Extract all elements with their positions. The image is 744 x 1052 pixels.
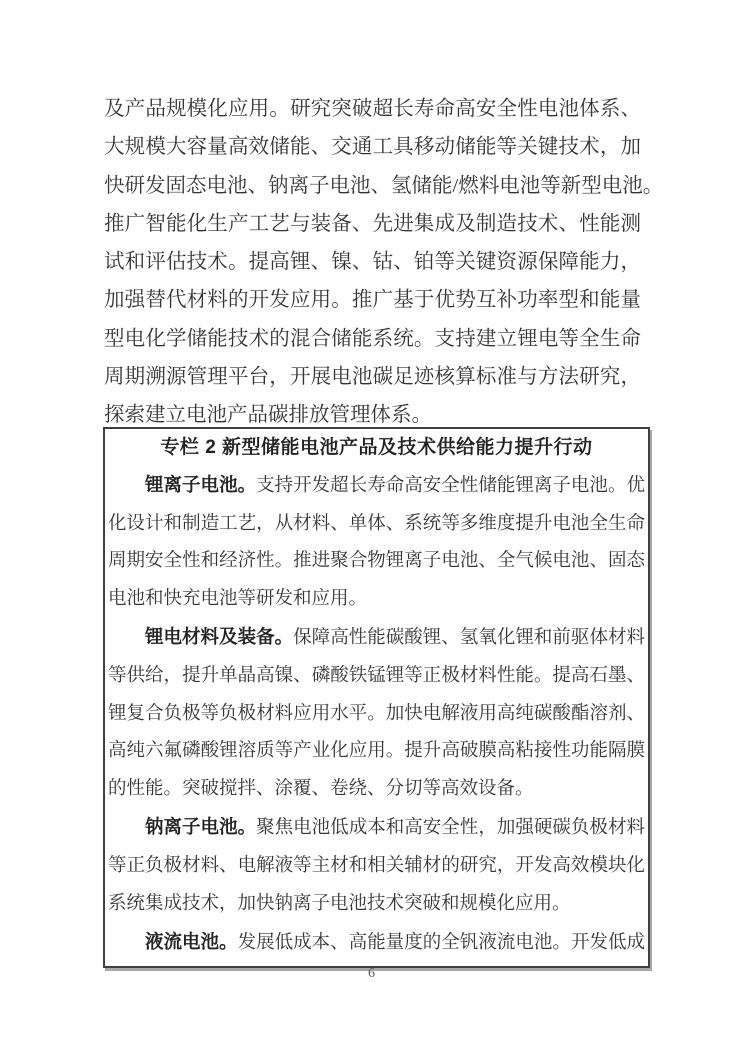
text-line: 锂复合负极等负极材料应用水平。加快电解液用高纯碳酸酯溶剂、 (108, 696, 645, 734)
text-line: 钠离子电池。聚焦电池低成本和高安全性，加强硬碳负极材料 (108, 808, 645, 848)
callout-box: 专栏 2 新型储能电池产品及技术供给能力提升行动 锂离子电池。支持开发超长寿命高… (103, 427, 650, 968)
text-line: 的性能。突破搅拌、涂覆、卷绕、分切等高效设备。 (108, 771, 645, 809)
text-line: 锂离子电池。支持开发超长寿命高安全性储能锂离子电池。优 (108, 466, 645, 506)
text-line: 快研发固态电池、钠离子电池、氢储能/燃料电池等新型电池。 (104, 167, 641, 205)
text-line: 试和评估技术。提高锂、镍、钴、铂等关键资源保障能力， (104, 243, 641, 281)
text-line: 等正负极材料、电解液等主材和相关辅材的研究，开发高效模块化 (108, 848, 645, 886)
text-line: 液流电池。发展低成本、高能量度的全钒液流电池。开发低成 (108, 923, 645, 963)
text-line: 加强替代材料的开发应用。推广基于优势互补功率型和能量 (104, 281, 641, 319)
text-line: 周期溯源管理平台，开展电池碳足迹核算标准与方法研究， (104, 358, 641, 396)
page-number: 6 (0, 966, 744, 982)
box-paragraphs: 锂离子电池。支持开发超长寿命高安全性储能锂离子电池。优化设计和制造工艺，从材料、… (108, 466, 645, 963)
text-line: 周期安全性和经济性。推进聚合物锂离子电池、全气候电池、固态 (108, 543, 645, 581)
paragraph-lead: 钠离子电池。 (145, 816, 256, 837)
text-line: 高纯六氟磷酸锂溶质等产业化应用。提升高破膜高粘接性功能隔膜 (108, 733, 645, 771)
paragraph-lead: 锂电材料及装备。 (145, 626, 293, 647)
text-line: 锂电材料及装备。保障高性能碳酸锂、氢氧化锂和前驱体材料 (108, 618, 645, 658)
text-line: 推广智能化生产工艺与装备、先进集成及制造技术、性能测 (104, 205, 641, 243)
text-line: 电池和快充电池等研发和应用。 (108, 581, 645, 619)
text-line: 及产品规模化应用。研究突破超长寿命高安全性电池体系、 (104, 90, 641, 128)
paragraph-lead: 锂离子电池。 (145, 474, 256, 495)
text-line: 大规模大容量高效储能、交通工具移动储能等关键技术，加 (104, 128, 641, 166)
paragraph-lead: 液流电池。 (145, 931, 238, 952)
document-page: 及产品规模化应用。研究突破超长寿命高安全性电池体系、大规模大容量高效储能、交通工… (0, 0, 744, 1052)
text-line: 系统集成技术，加快钠离子电池技术突破和规模化应用。 (108, 886, 645, 924)
body-text: 及产品规模化应用。研究突破超长寿命高安全性电池体系、大规模大容量高效储能、交通工… (104, 90, 641, 435)
text-line: 型电化学储能技术的混合储能系统。支持建立锂电等全生命 (104, 320, 641, 358)
box-title: 专栏 2 新型储能电池产品及技术供给能力提升行动 (108, 430, 645, 466)
text-line: 化设计和制造工艺，从材料、单体、系统等多维度提升电池全生命 (108, 506, 645, 544)
text-line: 等供给，提升单晶高镍、磷酸铁锰锂等正极材料性能。提高石墨、 (108, 658, 645, 696)
